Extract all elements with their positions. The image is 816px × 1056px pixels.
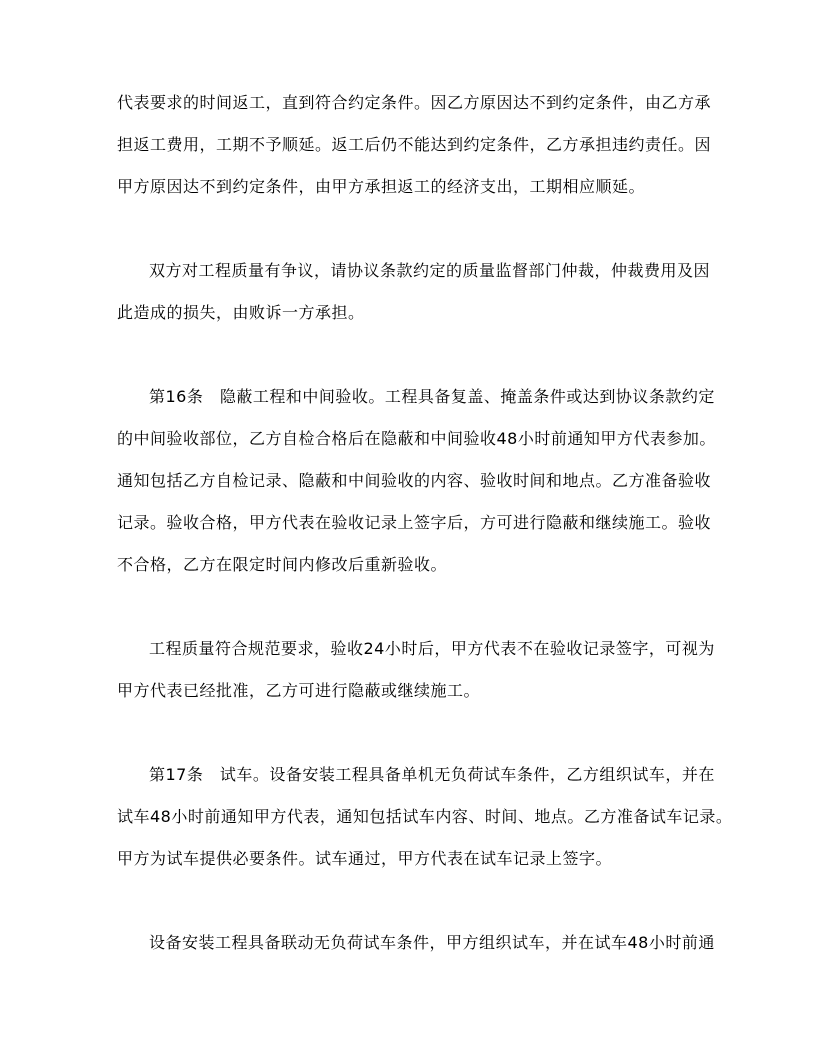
text-line: 的中间验收部位，乙方自检合格后在隐蔽和中间验收48小时前通知甲方代表参加。 [117,418,693,460]
paragraph: 第17条 试车。设备安装工程具备单机无负荷试车条件，乙方组织试车，并在试车48小… [117,754,693,880]
text-line: 双方对工程质量有争议，请协议条款约定的质量监督部门仲裁，仲裁费用及因 [117,250,693,292]
text-line: 记录。验收合格，甲方代表在验收记录上签字后，方可进行隐蔽和继续施工。验收 [117,502,693,544]
text-line: 甲方为试车提供必要条件。试车通过，甲方代表在试车记录上签字。 [117,838,693,880]
paragraph: 双方对工程质量有争议，请协议条款约定的质量监督部门仲裁，仲裁费用及因此造成的损失… [117,250,693,334]
paragraph: 代表要求的时间返工，直到符合约定条件。因乙方原因达不到约定条件，由乙方承担返工费… [117,82,693,208]
text-line: 设备安装工程具备联动无负荷试车条件，甲方组织试车，并在试车48小时前通 [117,922,693,964]
text-line: 代表要求的时间返工，直到符合约定条件。因乙方原因达不到约定条件，由乙方承 [117,82,693,124]
text-line: 工程质量符合规范要求，验收24小时后，甲方代表不在验收记录签字，可视为 [117,628,693,670]
paragraph: 设备安装工程具备联动无负荷试车条件，甲方组织试车，并在试车48小时前通 [117,922,693,964]
text-line: 甲方原因达不到约定条件，由甲方承担返工的经济支出，工期相应顺延。 [117,166,693,208]
text-line: 第17条 试车。设备安装工程具备单机无负荷试车条件，乙方组织试车，并在 [117,754,693,796]
document-page: 代表要求的时间返工，直到符合约定条件。因乙方原因达不到约定条件，由乙方承担返工费… [0,0,816,1056]
text-line: 第16条 隐蔽工程和中间验收。工程具备复盖、掩盖条件或达到协议条款约定 [117,376,693,418]
document-content: 代表要求的时间返工，直到符合约定条件。因乙方原因达不到约定条件，由乙方承担返工费… [117,82,693,1006]
text-line: 此造成的损失，由败诉一方承担。 [117,292,693,334]
text-line: 担返工费用，工期不予顺延。返工后仍不能达到约定条件，乙方承担违约责任。因 [117,124,693,166]
paragraph: 工程质量符合规范要求，验收24小时后，甲方代表不在验收记录签字，可视为甲方代表已… [117,628,693,712]
paragraph: 第16条 隐蔽工程和中间验收。工程具备复盖、掩盖条件或达到协议条款约定的中间验收… [117,376,693,586]
text-line: 通知包括乙方自检记录、隐蔽和中间验收的内容、验收时间和地点。乙方准备验收 [117,460,693,502]
text-line: 试车48小时前通知甲方代表，通知包括试车内容、时间、地点。乙方准备试车记录。 [117,796,693,838]
text-line: 不合格，乙方在限定时间内修改后重新验收。 [117,544,693,586]
text-line: 甲方代表已经批准，乙方可进行隐蔽或继续施工。 [117,670,693,712]
